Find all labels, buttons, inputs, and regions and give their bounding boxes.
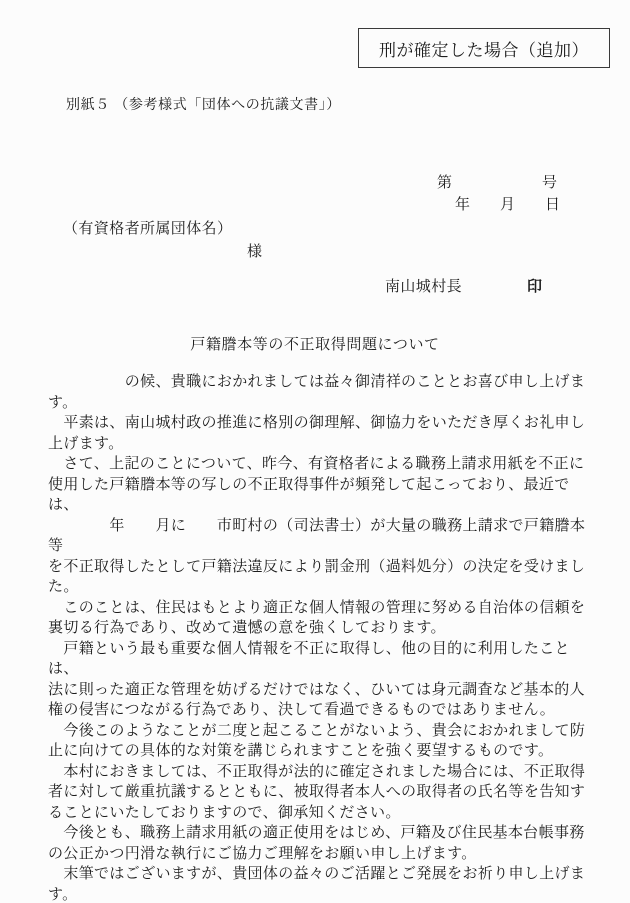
- header-note-text: 刑が確定した場合（追加）: [379, 36, 589, 61]
- document-body: の候、貴職におかれましては益々御清祥のこととお喜び申し上げます。 平素は、南山城…: [48, 372, 598, 903]
- doc-number-line: 第 号: [437, 171, 557, 192]
- attachment-label: 別紙５ （参考様式「団体への抗議文書」）: [66, 94, 341, 114]
- doc-date-line: 年 月 日: [455, 193, 560, 214]
- addressee-honorific: 様: [247, 240, 262, 261]
- document-page: 刑が確定した場合（追加） 別紙５ （参考様式「団体への抗議文書」） 第 号 年 …: [0, 0, 630, 903]
- addressee-org: （有資格者所属団体名）: [63, 217, 232, 238]
- header-note-box: 刑が確定した場合（追加）: [358, 28, 610, 68]
- seal-mark: 印: [527, 275, 542, 296]
- document-title: 戸籍謄本等の不正取得問題について: [0, 333, 630, 354]
- sender-name: 南山城村長: [385, 275, 462, 296]
